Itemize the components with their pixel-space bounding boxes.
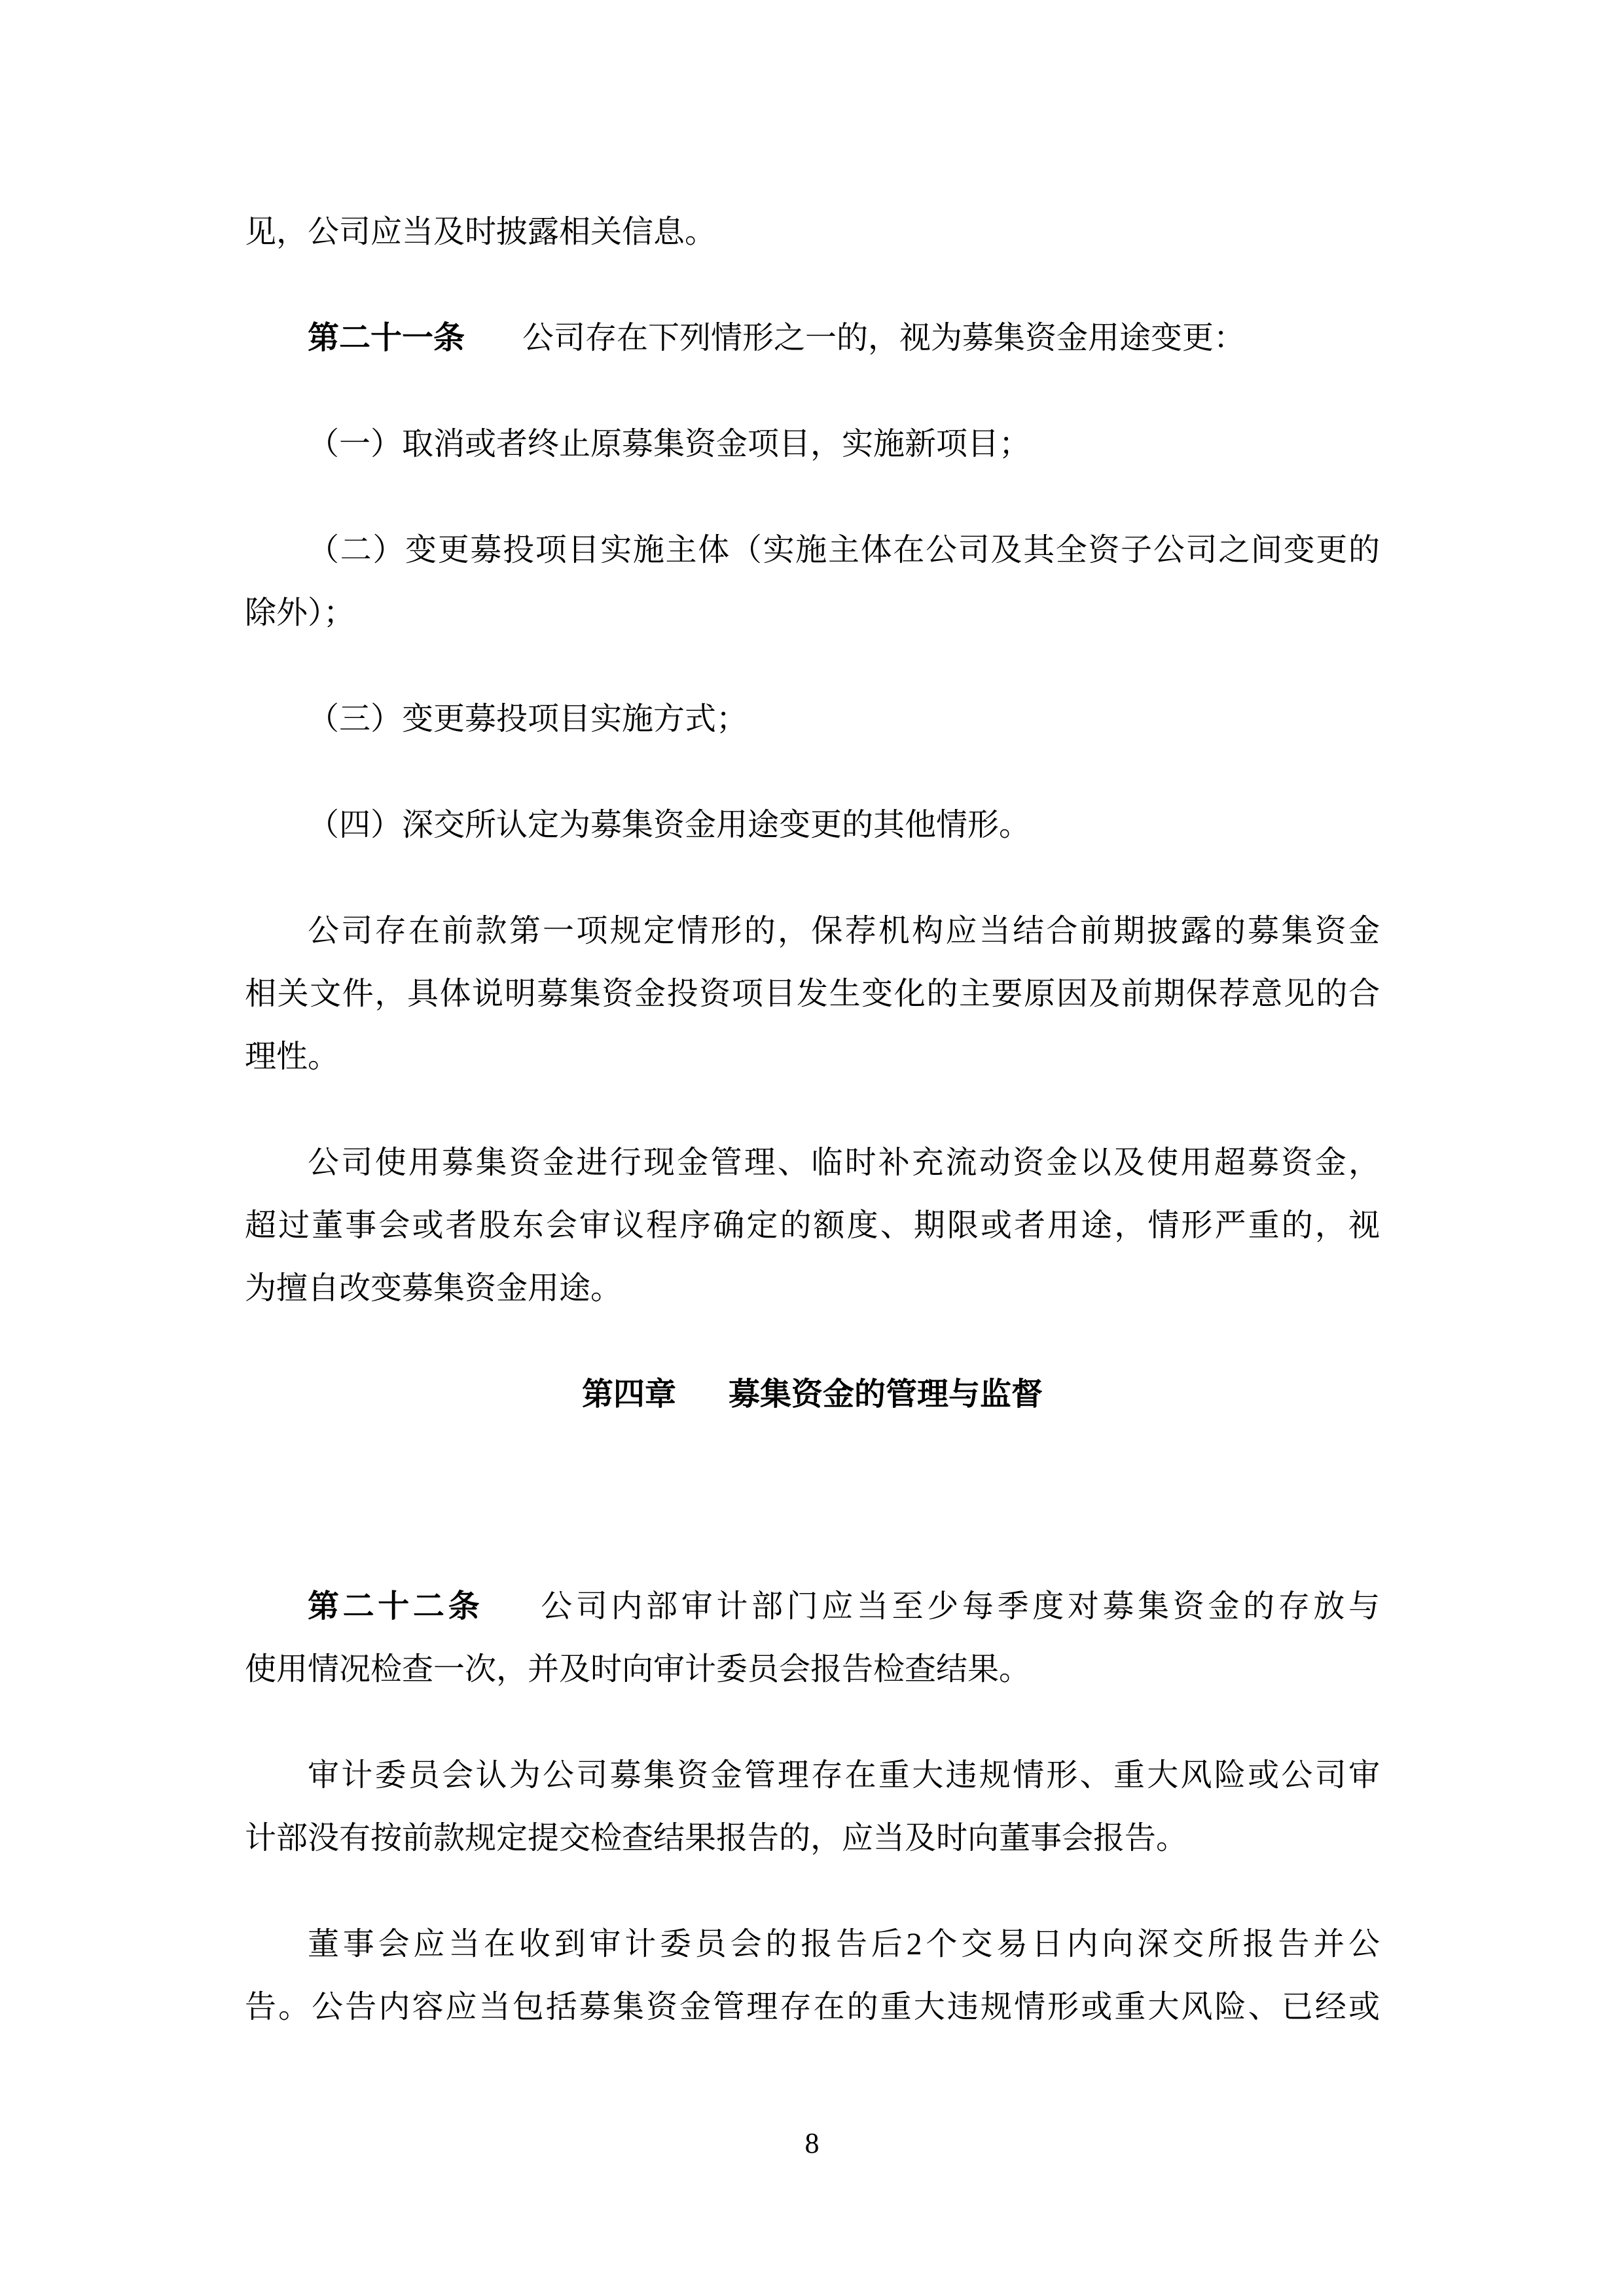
article-21-number: 第二十一条 — [308, 321, 465, 355]
text-line: 计部没有按前款规定提交检查结果报告的，应当及时向董事会报告。 — [245, 1807, 1380, 1870]
paragraph-continuation: 见，公司应当及时披露相关信息。 — [245, 201, 1380, 264]
text-line: （一）取消或者终止原募集资金项目，实施新项目； — [245, 413, 1380, 476]
list-item-3: （三）变更募投项目实施方式； — [245, 688, 1380, 751]
article-21-heading-line: 第二十一条公司存在下列情形之一的，视为募集资金用途变更： — [245, 307, 1380, 370]
text-line: 董事会应当在收到审计委员会的报告后2个交易日内向深交所报告并公 — [245, 1913, 1380, 1976]
chapter-4-title: 募集资金的管理与监督 — [729, 1377, 1043, 1412]
chapter-4-heading: 第四章募集资金的管理与监督 — [245, 1363, 1380, 1426]
text-line: 理性。 — [245, 1026, 1380, 1088]
text-line: 见，公司应当及时披露相关信息。 — [245, 201, 1380, 264]
text-line: 公司存在前款第一项规定情形的，保荐机构应当结合前期披露的募集资金 — [245, 900, 1380, 963]
article-22: 第二十二条公司内部审计部门应当至少每季度对募集资金的存放与 使用情况检查一次，并… — [245, 1575, 1380, 1701]
text-line: （二）变更募投项目实施主体（实施主体在公司及其全资子公司之间变更的 — [245, 519, 1380, 582]
text-line: 除外）； — [245, 582, 1380, 645]
text-line: 审计委员会认为公司募集资金管理存在重大违规情形、重大风险或公司审 — [245, 1744, 1380, 1807]
article-22-text: 公司内部审计部门应当至少每季度对募集资金的存放与 — [541, 1589, 1380, 1624]
paragraph-sponsor-duty: 公司存在前款第一项规定情形的，保荐机构应当结合前期披露的募集资金 相关文件，具体… — [245, 900, 1380, 1088]
chapter-4-number: 第四章 — [582, 1377, 676, 1412]
text-line: 超过董事会或者股东会审议程序确定的额度、期限或者用途，情形严重的，视 — [245, 1194, 1380, 1257]
article-22-number: 第二十二条 — [308, 1589, 483, 1624]
paragraph-board-report: 董事会应当在收到审计委员会的报告后2个交易日内向深交所报告并公 告。公告内容应当… — [245, 1913, 1380, 2039]
text-line: 为擅自改变募集资金用途。 — [245, 1257, 1380, 1320]
list-item-2: （二）变更募投项目实施主体（实施主体在公司及其全资子公司之间变更的 除外）； — [245, 519, 1380, 645]
text-line: 使用情况检查一次，并及时向审计委员会报告检查结果。 — [245, 1638, 1380, 1701]
article-21-text: 公司存在下列情形之一的，视为募集资金用途变更： — [522, 321, 1245, 355]
paragraph-audit-committee: 审计委员会认为公司募集资金管理存在重大违规情形、重大风险或公司审 计部没有按前款… — [245, 1744, 1380, 1870]
list-item-4: （四）深交所认定为募集资金用途变更的其他情形。 — [245, 794, 1380, 857]
page-number: 8 — [0, 2128, 1624, 2159]
article-21: 第二十一条公司存在下列情形之一的，视为募集资金用途变更： — [245, 307, 1380, 370]
text-line: 相关文件，具体说明募集资金投资项目发生变化的主要原因及前期保荐意见的合 — [245, 963, 1380, 1026]
text-line: 告。公告内容应当包括募集资金管理存在的重大违规情形或重大风险、已经或 — [245, 1976, 1380, 2039]
document-page: 见，公司应当及时披露相关信息。 第二十一条公司存在下列情形之一的，视为募集资金用… — [0, 0, 1624, 2296]
text-line: 公司使用募集资金进行现金管理、临时补充流动资金以及使用超募资金， — [245, 1132, 1380, 1194]
article-22-heading-line: 第二十二条公司内部审计部门应当至少每季度对募集资金的存放与 — [245, 1575, 1380, 1638]
paragraph-cash-management: 公司使用募集资金进行现金管理、临时补充流动资金以及使用超募资金， 超过董事会或者… — [245, 1132, 1380, 1320]
document-body: 见，公司应当及时披露相关信息。 第二十一条公司存在下列情形之一的，视为募集资金用… — [245, 201, 1380, 2082]
text-line: （四）深交所认定为募集资金用途变更的其他情形。 — [245, 794, 1380, 857]
list-item-1: （一）取消或者终止原募集资金项目，实施新项目； — [245, 413, 1380, 476]
text-line: （三）变更募投项目实施方式； — [245, 688, 1380, 751]
